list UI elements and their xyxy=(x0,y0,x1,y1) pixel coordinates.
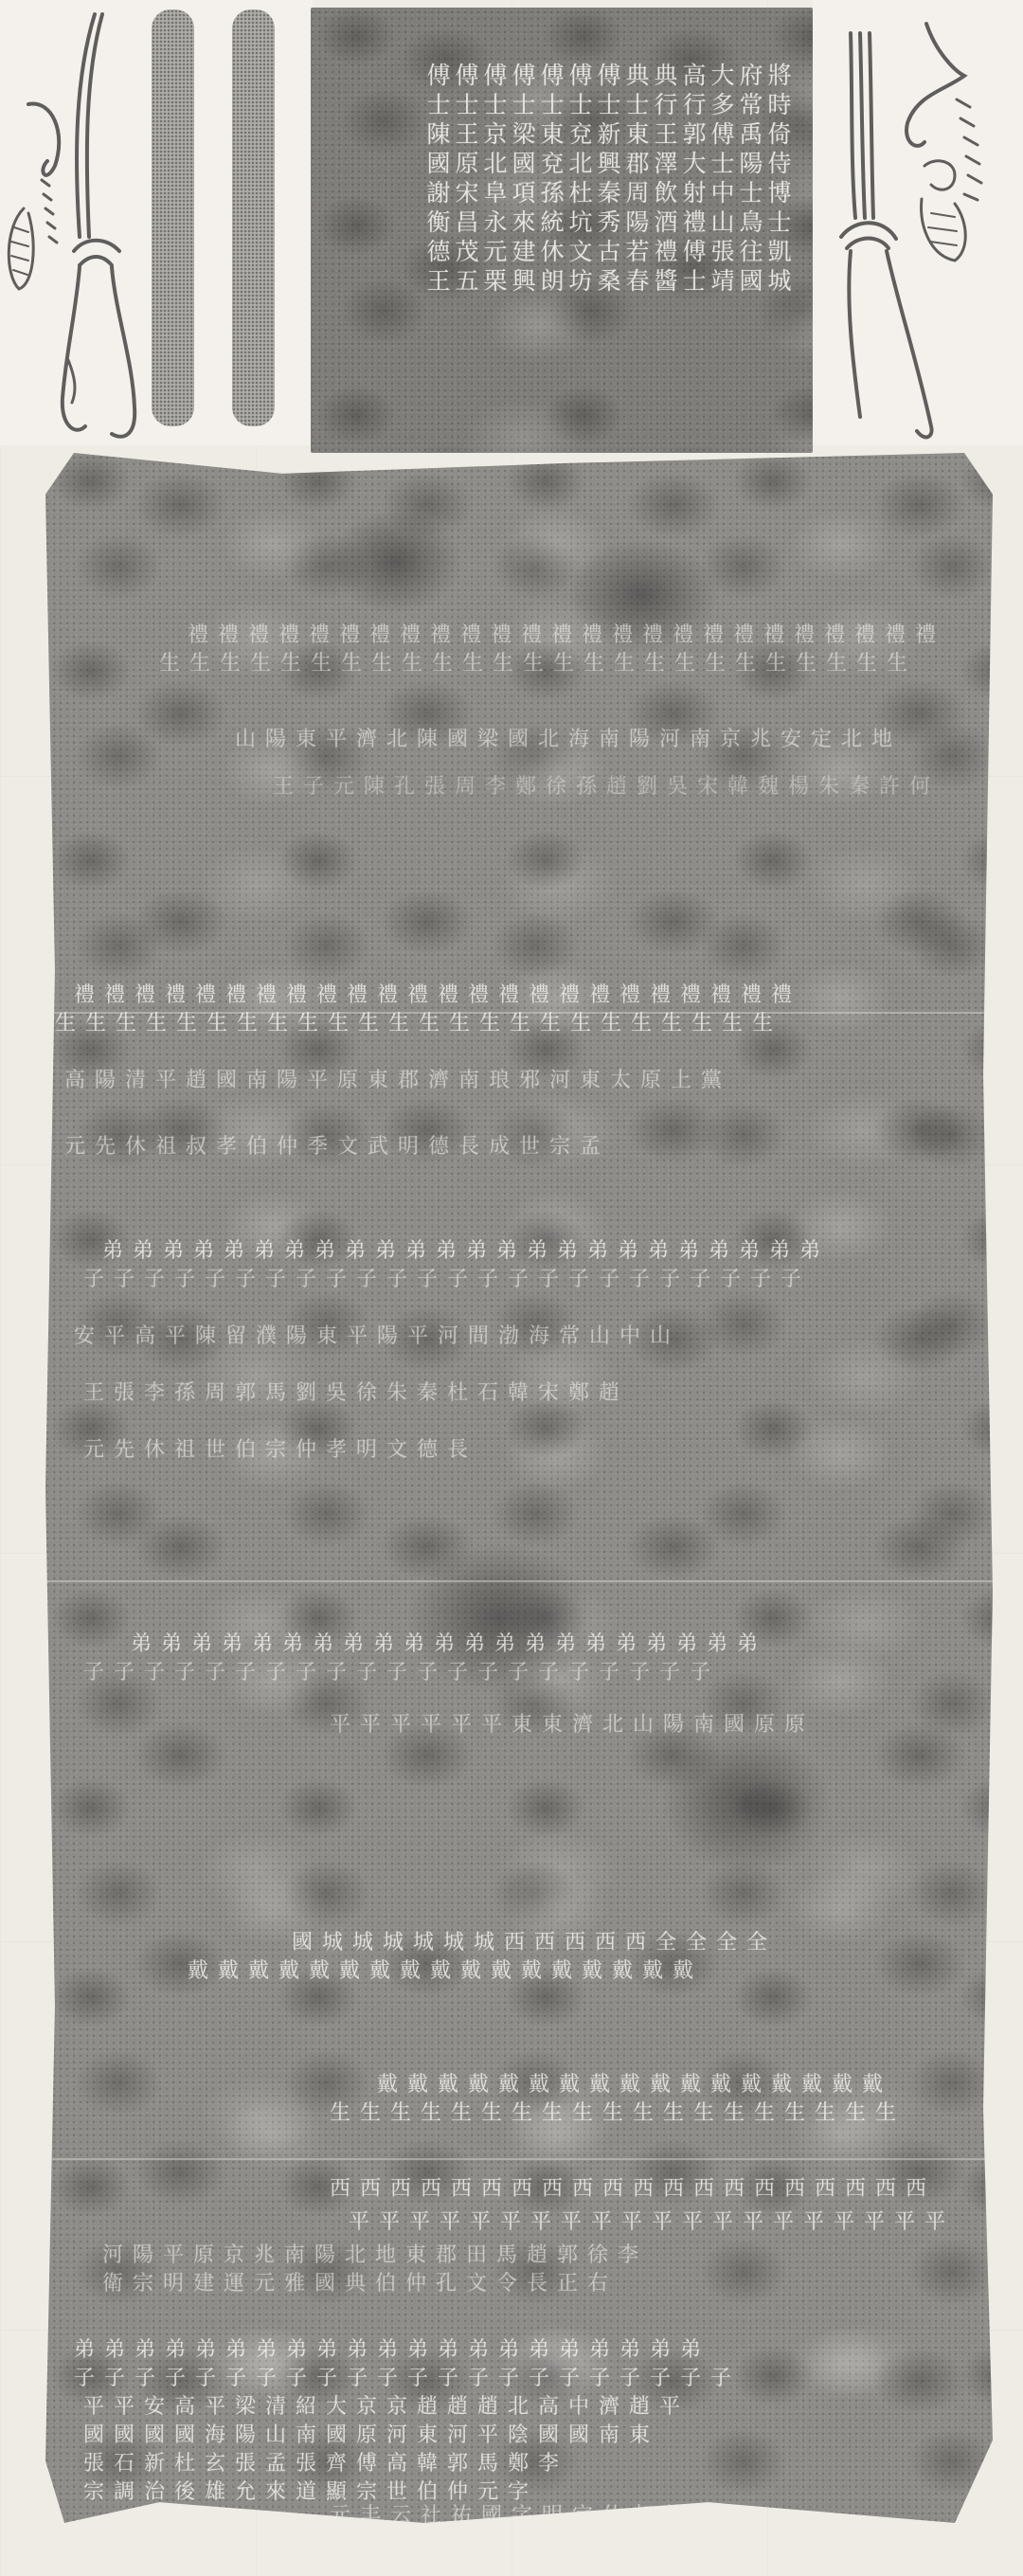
tablet-column: 傅士王原宋昌茂五 xyxy=(451,63,479,460)
inscription-row: 弟弟弟弟弟弟弟弟弟弟弟弟弟弟弟弟弟弟弟弟弟 xyxy=(74,2338,710,2363)
inscription-row: 平平安高平梁清紹大京京趙趙趙北高中濟趙平 xyxy=(83,2395,690,2420)
inscription-row: 河陽平原京兆南陽北地東郡田馬趙郭徐李 xyxy=(102,2243,648,2268)
tablet-column: 高行郭大射禮傅士 xyxy=(678,63,707,460)
inscription-row: 平平平平平平東東濟北山陽南國原原 xyxy=(330,1713,815,1738)
left-ornament-panel xyxy=(0,0,313,445)
top-inscription-tablet: 將時倚侍博士凱城 府常禹陽士鳥往國 大多傅士中山張靖 高行郭大射禮傅士 典行王澤… xyxy=(311,8,813,453)
inscription-row: 西西西西西西西西西西西西西西西西西西西西 xyxy=(330,2177,936,2202)
inscription-row: 國城城城城城城西西西西西全全全全 xyxy=(292,1931,777,1955)
inscription-row: 元先休祖世伯宗仲孝明文德長 xyxy=(83,1438,477,1463)
inscription-row: 禮禮禮禮禮禮禮禮禮禮禮禮禮禮禮禮禮禮禮禮禮禮禮禮 xyxy=(74,983,801,1008)
left-inner-border-strip xyxy=(152,9,194,426)
tablet-column: 將時倚侍博士凱城 xyxy=(763,63,792,460)
inscription-row: 元先休祖叔孝伯仲季文武明德長成世宗孟 xyxy=(64,1135,610,1160)
inscription-row: 王子元陳孔張周李鄭徐孫趙劉吳宋韓魏楊朱秦許何 xyxy=(273,775,940,800)
tablet-column: 傅士京北阜永元栗 xyxy=(479,63,508,460)
inscription-row: 弟弟弟弟弟弟弟弟弟弟弟弟弟弟弟弟弟弟弟弟弟弟弟弟 xyxy=(102,1239,830,1264)
inscription-row: 高陽清平趙國南陽平原東郡濟南琅邪河東太原上黨 xyxy=(64,1069,731,1093)
tablet-column: 傅士東兗孫統休朗 xyxy=(536,63,565,460)
inscription-row: 生生生生生生生生生生生生生生生生生生生生生生生生生 xyxy=(159,652,917,676)
main-inscription-body: 禮禮禮禮禮禮禮禮禮禮禮禮禮禮禮禮禮禮禮禮禮禮禮禮禮 生生生生生生生生生生生生生生… xyxy=(45,453,993,2523)
right-ornament-panel xyxy=(813,0,1023,445)
inscription-row: 禮禮禮禮禮禮禮禮禮禮禮禮禮禮禮禮禮禮禮禮禮禮禮禮禮 xyxy=(188,623,945,648)
inscription-row: 子子子子子子子子子子子子子子子子子子子子子 xyxy=(83,1661,720,1685)
right-dragon-ornament-icon xyxy=(813,0,1023,445)
left-dragon-ornament-icon xyxy=(0,0,142,445)
inscription-row: 弟弟弟弟弟弟弟弟弟弟弟弟弟弟弟弟弟弟弟弟弟 xyxy=(131,1632,767,1657)
inscription-row: 安平高平陳留濮陽東平陽平河間渤海常山中山 xyxy=(74,1324,680,1349)
inscription-row: 生生生生生生生生生生生生生生生生生生生生生生生生 xyxy=(55,1012,782,1036)
tablet-column: 傅士陳國謝衡德王 xyxy=(422,63,451,460)
inscription-row: 王張李孫周郭馬劉吳徐朱秦杜石韓宋鄭趙 xyxy=(83,1381,629,1406)
inscription-row: 張石新杜玄張孟張齊傅高韓郭馬鄭李 xyxy=(83,2452,568,2477)
inscription-row: 國國國國海陽山南國原河東河平陰國國南東 xyxy=(83,2423,659,2448)
inscription-row: 戴戴戴戴戴戴戴戴戴戴戴戴戴戴戴戴戴 xyxy=(188,1959,703,1984)
ink-smudge xyxy=(330,510,462,614)
inscription-row: 戴戴戴戴戴戴戴戴戴戴戴戴戴戴戴戴戴 xyxy=(377,2073,892,2098)
inscription-row: 生生生生生生生生生生生生生生生生生生生 xyxy=(330,2101,906,2126)
inscription-row: 子子子子子子子子子子子子子子子子子子子子子子子子 xyxy=(83,1268,811,1292)
left-outer-border-strip xyxy=(232,9,275,426)
tablet-column: 府常禹陽士鳥往國 xyxy=(735,63,763,460)
tablet-column: 典士東郡周陽若春 xyxy=(621,63,650,460)
tablet-column: 大多傅士中山張靖 xyxy=(707,63,735,460)
paper-fold-line xyxy=(45,2158,993,2160)
tablet-column: 傅士梁國項來建興 xyxy=(508,63,536,460)
tablet-column: 典行王澤飲酒禮醬 xyxy=(650,63,678,460)
ink-smudge xyxy=(661,1732,832,1874)
inscription-row: 衛宗明建運元雅國典伯仲孔文令長正右 xyxy=(102,2272,618,2297)
tablet-column: 傅士兗北杜坑文坊 xyxy=(565,63,593,460)
tablet-column: 傅士新興秦秀古桑 xyxy=(593,63,621,460)
inscription-row: 子子子子子子子子子子子子子子子子子子子子子子 xyxy=(74,2367,741,2391)
inscription-row: 山陽東平濟北陳國梁國北海南陽河南京兆安定北地 xyxy=(235,728,902,752)
inscription-row: 宗調治後雄允來道顯宗世伯仲元字 xyxy=(83,2480,538,2505)
inscription-row: 平平平平平平平平平平平平平平平平平平平平 xyxy=(349,2210,955,2235)
paper-fold-line xyxy=(45,1580,993,1582)
